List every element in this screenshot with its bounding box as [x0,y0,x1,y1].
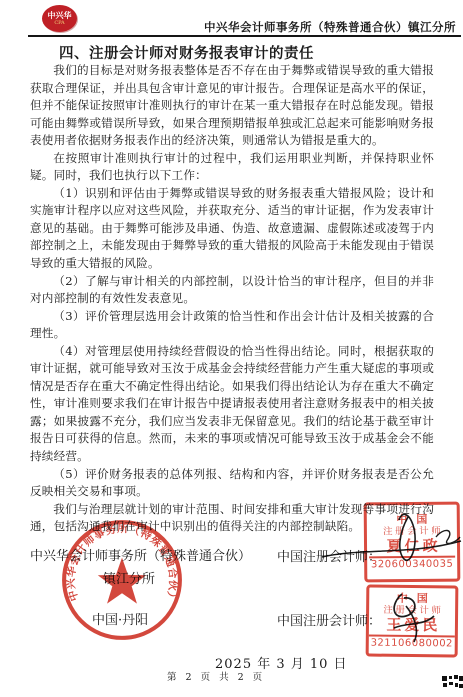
paragraph: （2）了解与审计相关的内部控制，以设计恰当的审计程序，但目的并非对内部控制的有效… [30,273,434,308]
paragraph: 在按照审计准则执行审计的过程中，我们运用职业判断，并保持职业怀疑。同时，我们也执… [30,150,434,185]
body-paragraphs: 我们的目标是对财务报表整体是否不存在由于舞弊或错误导致的重大错报获取合理保证，并… [30,62,434,536]
paragraph: 我们的目标是对财务报表整体是否不存在由于舞弊或错误导致的重大错报获取合理保证，并… [30,62,434,150]
firm-logo-text: 中兴华 [48,11,72,20]
handwritten-signature-1 [320,503,463,579]
seal-star-icon [98,558,146,604]
section-title: 四、注册会计师对财务报表审计的责任 [59,42,314,63]
handwritten-signature-2 [368,588,452,646]
audit-report-page: 中兴华 CPA 中兴华会计师事务所（特殊普通合伙）镇江分所 四、注册会计师对财务… [0,0,463,697]
firm-seal-stamp: 中兴华会计师事务所（特殊普通合伙）镇江分所 [58,516,186,644]
header-firm-name: 中兴华会计师事务所（特殊普通合伙）镇江分所 [204,19,456,35]
firm-logo-sub: CPA [54,20,64,26]
qr-code-fragment [441,674,463,691]
paragraph: （1）识别和评估由于舞弊或错误导致的财务报表重大错报风险；设计和实施审计程序以应… [30,185,434,273]
firm-logo: 中兴华 CPA [42,5,77,32]
paragraph: （4）对管理层使用持续经营假设的恰当性得出结论。同时，根据获取的审计证据，就可能… [30,343,434,466]
header-rule [28,35,461,37]
paragraph: （3）评价管理层选用会计政策的恰当性和作出会计估计及相关披露的合理性。 [30,308,434,343]
page-number: 第 2 页 共 2 页 [167,669,265,683]
paragraph: （5）评价财务报表的总体列报、结构和内容，并评价财务报表是否公允反映相关交易和事… [30,466,434,501]
